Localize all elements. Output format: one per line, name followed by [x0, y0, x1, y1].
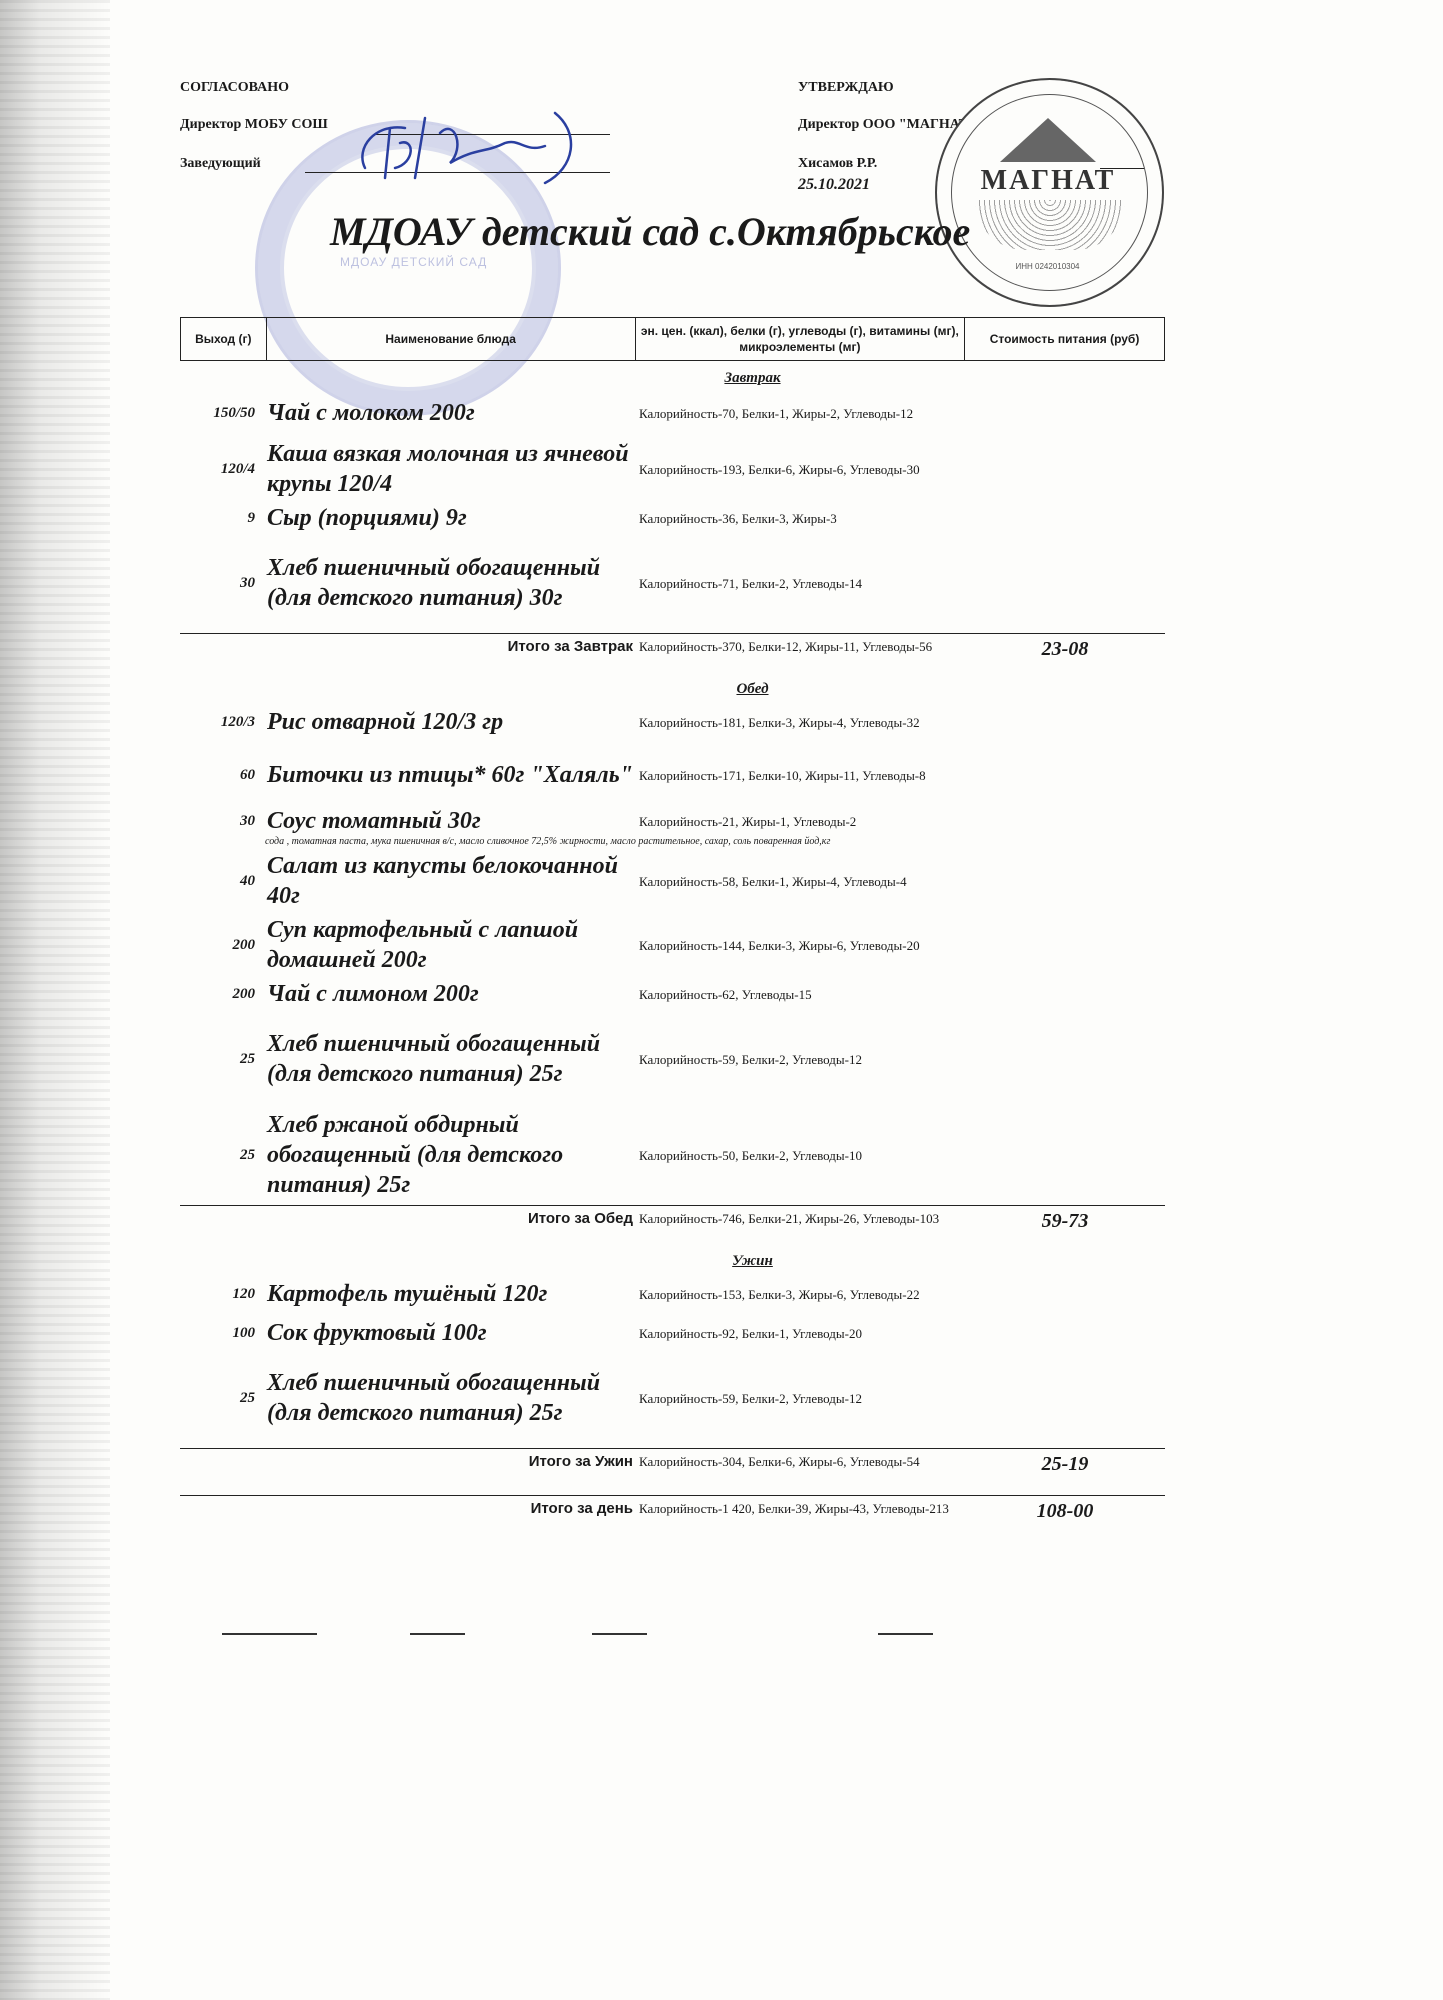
- dish-name: Чай с молоком 200г: [265, 398, 635, 428]
- stamp-mountain-icon: [1000, 118, 1096, 162]
- dish-name: Хлеб пшеничный обогащенный (для детского…: [265, 1029, 635, 1089]
- table-row: 120/4 Каша вязкая молочная из ячневой кр…: [180, 437, 1165, 501]
- nutrition: Калорийность-153, Белки-3, Жиры-6, Углев…: [635, 1286, 965, 1303]
- nutrition: Калорийность-70, Белки-1, Жиры-2, Углево…: [635, 405, 965, 422]
- output: 30: [180, 575, 265, 592]
- approve-director-label: Директор ООО "МАГНАТ": [798, 117, 976, 133]
- nutrition: Калорийность-58, Белки-1, Жиры-4, Углево…: [635, 873, 965, 890]
- dish-name: Соус томатный 30г: [265, 806, 635, 836]
- output: 25: [180, 1147, 265, 1164]
- dish-name: Чай с лимоном 200г: [265, 979, 635, 1009]
- kindergarten-stamp-text: МДОАУ ДЕТСКИЙ САД: [340, 255, 487, 269]
- output: 200: [180, 937, 265, 954]
- day-total-row: Итого за день Калорийность-1 420, Белки-…: [180, 1495, 1165, 1540]
- ingredients-note: сода , томатная паста, мука пшеничная в/…: [180, 834, 1165, 849]
- output: 9: [180, 510, 265, 527]
- table-row: 25 Хлеб пшеничный обогащенный (для детск…: [180, 1350, 1165, 1446]
- dish-name: Салат из капусты белокочанной 40г: [265, 851, 635, 911]
- dish-name: Суп картофельный с лапшой домашней 200г: [265, 915, 635, 975]
- section-dinner-title: Ужин: [180, 1250, 1165, 1272]
- nutrition: Калорийность-181, Белки-3, Жиры-4, Углев…: [635, 714, 965, 731]
- table-row: 120 Картофель тушёный 120г Калорийность-…: [180, 1272, 1165, 1316]
- bottom-signature-line: [222, 1633, 317, 1635]
- nutrition: Калорийность-21, Жиры-1, Углеводы-2: [635, 813, 965, 830]
- table-row: 200 Суп картофельный с лапшой домашней 2…: [180, 913, 1165, 977]
- table-row: 120/3 Рис отварной 120/3 гр Калорийность…: [180, 700, 1165, 744]
- dinner-total-row: Итого за Ужин Калорийность-304, Белки-6,…: [180, 1448, 1165, 1493]
- nutrition: Калорийность-59, Белки-2, Углеводы-12: [635, 1051, 965, 1068]
- day-total-nutrition: Калорийность-1 420, Белки-39, Жиры-43, У…: [635, 1500, 965, 1540]
- dish-name: Рис отварной 120/3 гр: [265, 707, 635, 737]
- output: 120: [180, 1286, 265, 1303]
- total-label: Итого за Завтрак: [180, 638, 635, 678]
- dish-name: Биточки из птицы* 60г "Халяль": [265, 760, 635, 790]
- total-price: 59-73: [965, 1210, 1165, 1250]
- nutrition: Калорийность-62, Углеводы-15: [635, 986, 965, 1003]
- dish-name: Хлеб пшеничный обогащенный (для детского…: [265, 553, 635, 613]
- scan-shadow: [0, 0, 110, 2000]
- bottom-signature-line: [878, 1633, 933, 1635]
- output: 100: [180, 1325, 265, 1342]
- nutrition: Калорийность-71, Белки-2, Углеводы-14: [635, 575, 965, 592]
- dish-name: Хлеб пшеничный обогащенный (для детского…: [265, 1368, 635, 1428]
- stamp-brand: МАГНАТ: [968, 165, 1128, 197]
- nutrition: Калорийность-92, Белки-1, Углеводы-20: [635, 1325, 965, 1342]
- output: 200: [180, 986, 265, 1003]
- bottom-signature-line: [592, 1633, 647, 1635]
- total-label: Итого за Обед: [180, 1210, 635, 1250]
- table-row: 40 Салат из капусты белокочанной 40г Кал…: [180, 849, 1165, 913]
- output: 30: [180, 813, 265, 830]
- day-total-price: 108-00: [965, 1500, 1165, 1540]
- agreed-head-label: Заведующий: [180, 156, 261, 172]
- handwritten-signature: [345, 108, 595, 188]
- nutrition: Калорийность-144, Белки-3, Жиры-6, Углев…: [635, 937, 965, 954]
- day-total-label: Итого за день: [180, 1500, 635, 1540]
- nutrition: Калорийность-171, Белки-10, Жиры-11, Угл…: [635, 767, 965, 784]
- agreed-director-label: Директор МОБУ СОШ: [180, 117, 328, 133]
- breakfast-total-row: Итого за Завтрак Калорийность-370, Белки…: [180, 633, 1165, 678]
- page-title: МДОАУ детский сад с.Октябрьское: [330, 208, 970, 255]
- header-dish: Наименование блюда: [267, 318, 636, 360]
- output: 120/4: [180, 461, 265, 478]
- output: 150/50: [180, 405, 265, 422]
- output: 120/3: [180, 714, 265, 731]
- dish-name: Сок фруктовый 100г: [265, 1318, 635, 1348]
- output: 40: [180, 873, 265, 890]
- output: 60: [180, 767, 265, 784]
- header-price: Стоимость питания (руб): [965, 318, 1164, 360]
- nutrition: Калорийность-59, Белки-2, Углеводы-12: [635, 1390, 965, 1407]
- table-row: 200 Чай с лимоном 200г Калорийность-62, …: [180, 977, 1165, 1011]
- output: 25: [180, 1390, 265, 1407]
- header-output: Выход (г): [181, 318, 267, 360]
- output: 25: [180, 1051, 265, 1068]
- section-lunch-title: Обед: [180, 678, 1165, 700]
- dish-name: Картофель тушёный 120г: [265, 1279, 635, 1309]
- total-nutrition: Калорийность-746, Белки-21, Жиры-26, Угл…: [635, 1210, 965, 1250]
- dish-name: Сыр (порциями) 9г: [265, 503, 635, 533]
- nutrition: Калорийность-193, Белки-6, Жиры-6, Углев…: [635, 461, 965, 478]
- table-row: 30 Соус томатный 30г Калорийность-21, Жи…: [180, 806, 1165, 836]
- header-nutrition: эн. цен. (ккал), белки (г), углеводы (г)…: [636, 318, 965, 360]
- total-price: 25-19: [965, 1453, 1165, 1493]
- table-header: Выход (г) Наименование блюда эн. цен. (к…: [180, 317, 1165, 361]
- bottom-signature-line: [410, 1633, 465, 1635]
- section-breakfast-title: Завтрак: [180, 367, 1165, 389]
- table-row: 9 Сыр (порциями) 9г Калорийность-36, Бел…: [180, 501, 1165, 535]
- table-row: 30 Хлеб пшеничный обогащенный (для детск…: [180, 535, 1165, 631]
- dish-name: Хлеб ржаной обдирный обогащенный (для де…: [265, 1110, 635, 1200]
- dish-name: Каша вязкая молочная из ячневой крупы 12…: [265, 439, 635, 499]
- approve-heading: УТВЕРЖДАЮ: [798, 80, 894, 96]
- approver-name: Хисамов Р.Р.: [798, 156, 877, 172]
- nutrition: Калорийность-50, Белки-2, Углеводы-10: [635, 1147, 965, 1164]
- stamp-inn: ИНН 0242010304: [945, 262, 1150, 271]
- total-price: 23-08: [965, 638, 1165, 678]
- table-row: 60 Биточки из птицы* 60г "Халяль" Калори…: [180, 744, 1165, 806]
- agreed-heading: СОГЛАСОВАНО: [180, 80, 289, 96]
- nutrition: Калорийность-36, Белки-3, Жиры-3: [635, 510, 965, 527]
- table-row: 25 Хлеб ржаной обдирный обогащенный (для…: [180, 1107, 1165, 1203]
- total-nutrition: Калорийность-370, Белки-12, Жиры-11, Угл…: [635, 638, 965, 678]
- approval-date: 25.10.2021: [798, 176, 870, 194]
- table-row: 100 Сок фруктовый 100г Калорийность-92, …: [180, 1316, 1165, 1350]
- total-label: Итого за Ужин: [180, 1453, 635, 1493]
- table-row: 25 Хлеб пшеничный обогащенный (для детск…: [180, 1011, 1165, 1107]
- menu-table: Выход (г) Наименование блюда эн. цен. (к…: [180, 317, 1165, 1540]
- table-row: 150/50 Чай с молоком 200г Калорийность-7…: [180, 389, 1165, 437]
- lunch-total-row: Итого за Обед Калорийность-746, Белки-21…: [180, 1205, 1165, 1250]
- total-nutrition: Калорийность-304, Белки-6, Жиры-6, Углев…: [635, 1453, 965, 1493]
